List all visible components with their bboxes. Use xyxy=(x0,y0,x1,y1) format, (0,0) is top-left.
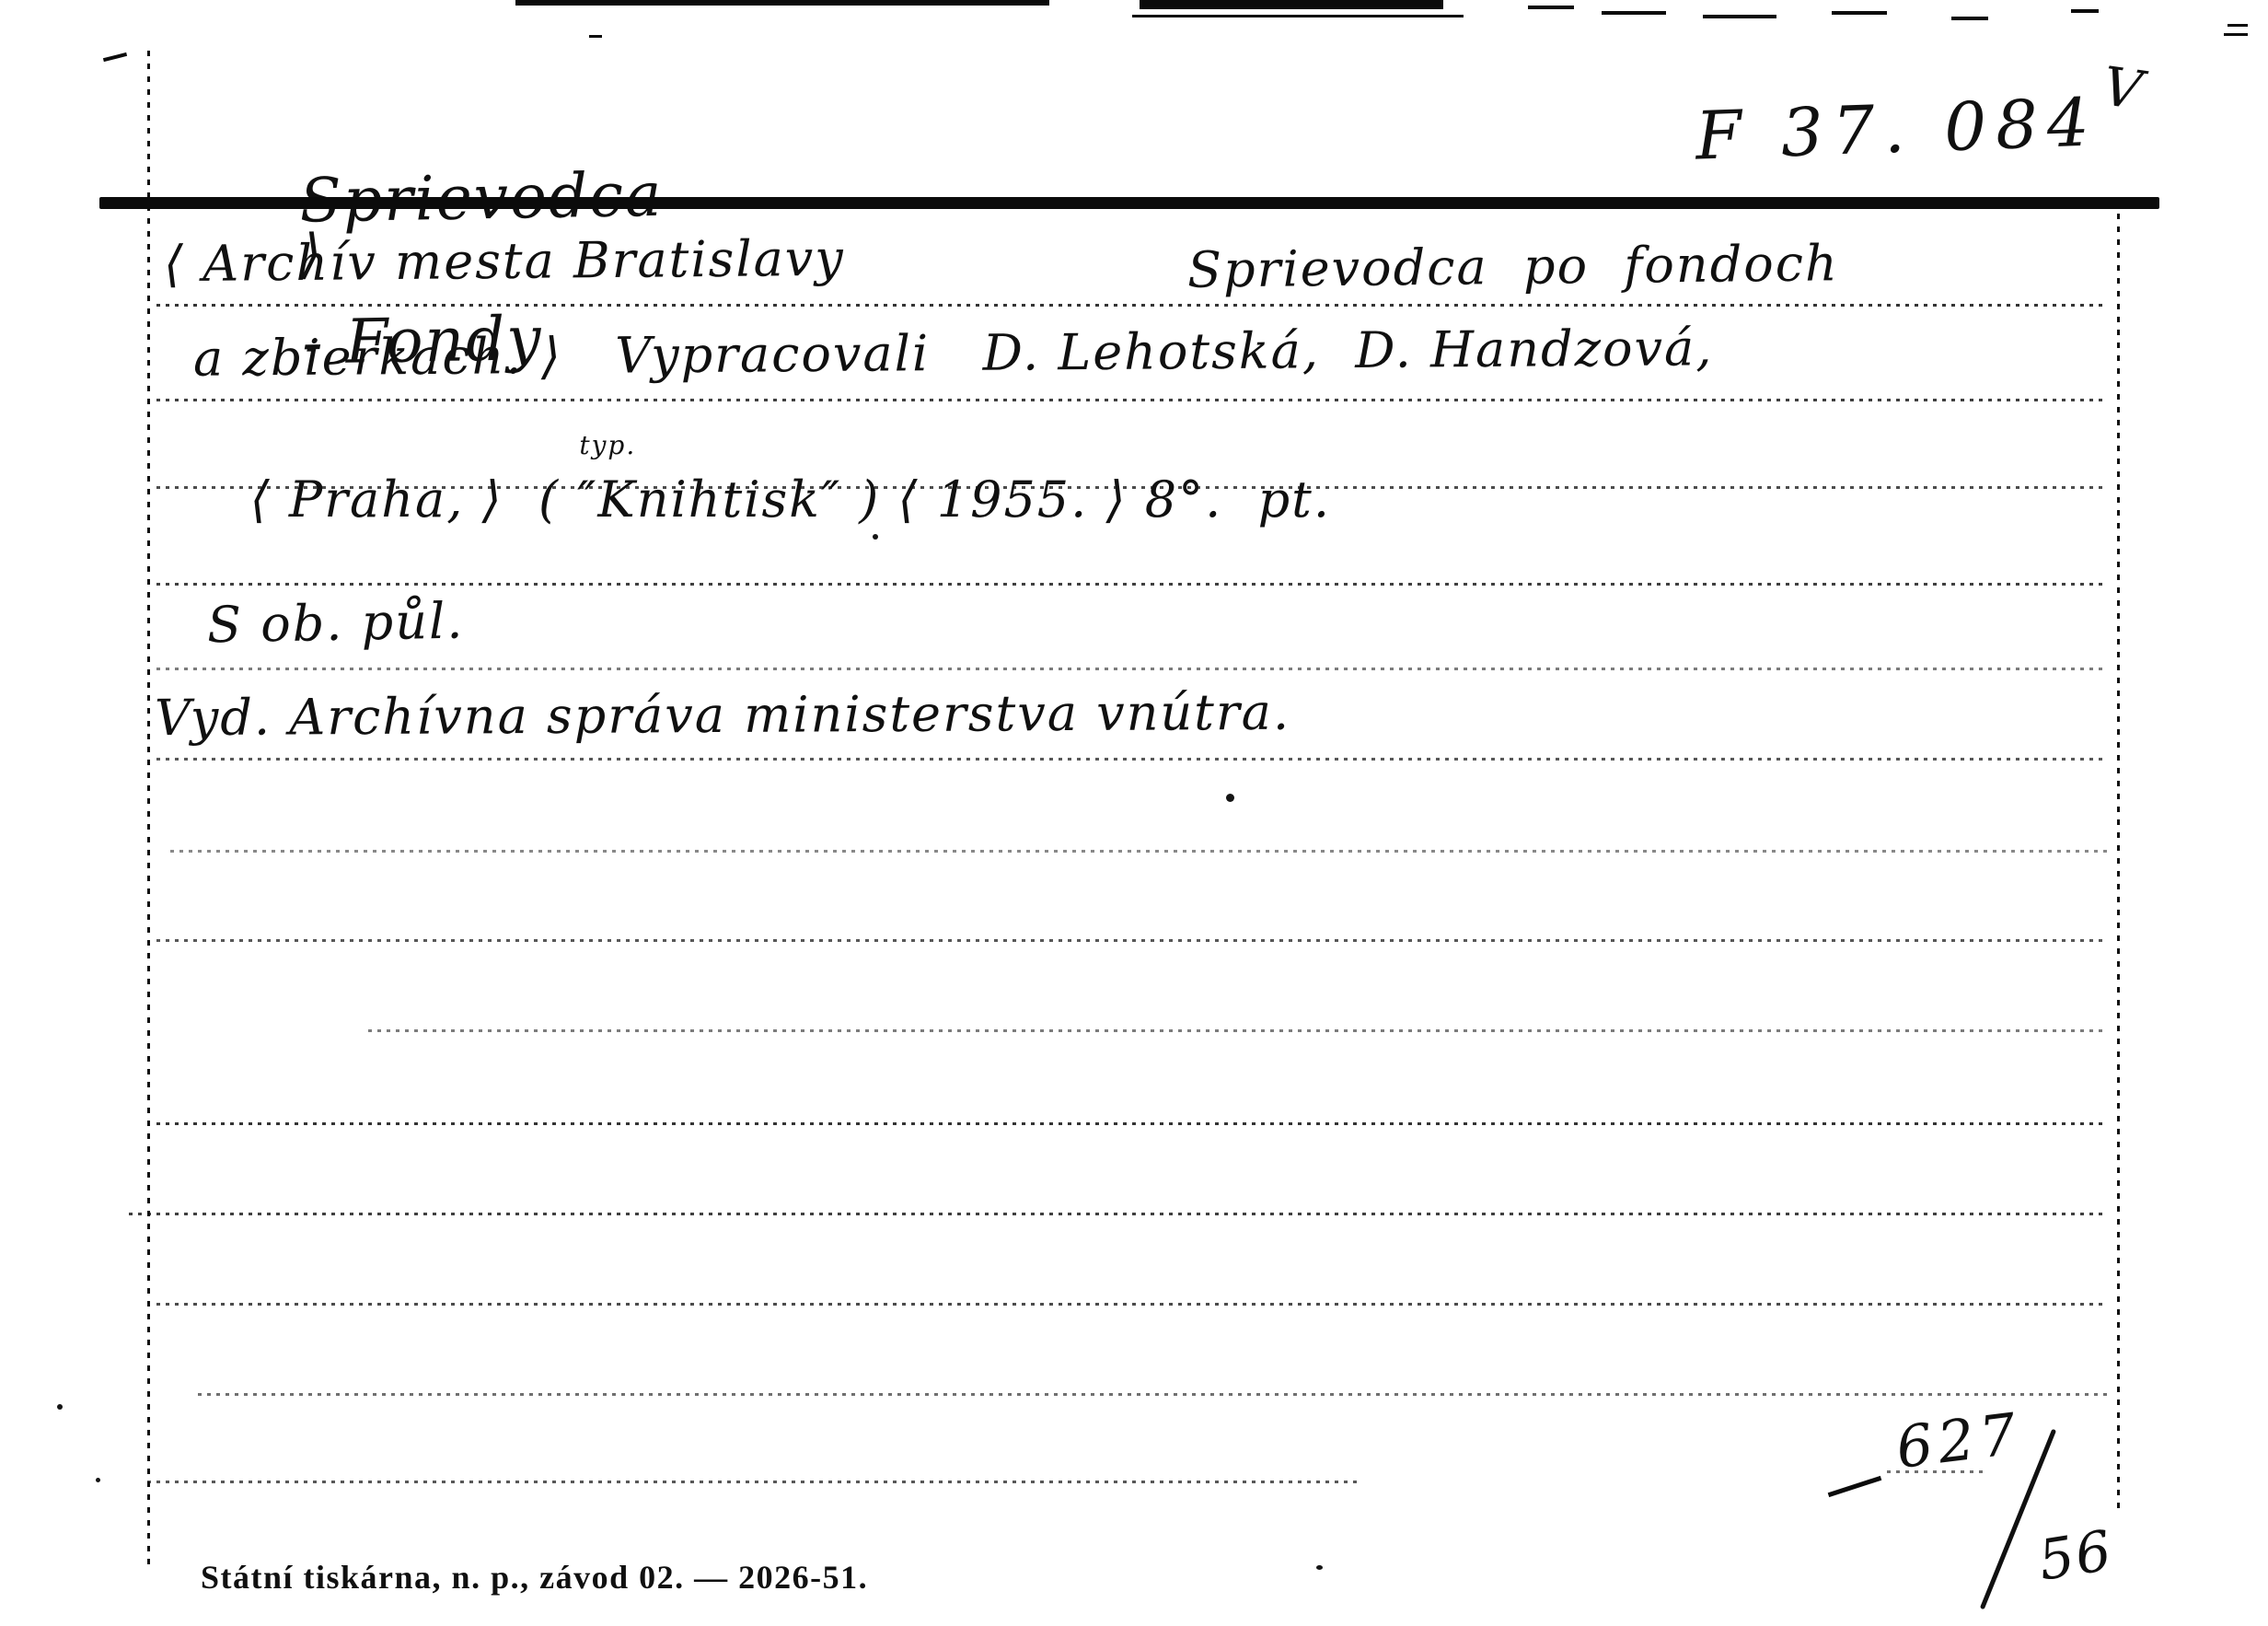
ruled-line xyxy=(198,1393,2108,1396)
ruled-line xyxy=(156,583,2108,586)
scan-artifact xyxy=(2224,33,2248,36)
ruled-line xyxy=(170,850,2108,853)
ink-speck xyxy=(1226,794,1234,802)
entry-line4: S ob. půl. xyxy=(206,592,464,655)
entry-line2: a zbierkach. ⟩ Vypracovali D. Lehotská, … xyxy=(193,319,1714,388)
scan-artifact xyxy=(1132,15,1464,17)
ruled-line xyxy=(129,1213,2108,1215)
scan-artifact xyxy=(103,52,127,62)
ruled-line xyxy=(147,1481,1362,1483)
scan-artifact xyxy=(1703,15,1776,18)
ink-speck xyxy=(873,534,878,540)
scan-artifact xyxy=(1832,11,1887,15)
ink-speck xyxy=(57,1404,63,1410)
accession-denominator: 56 xyxy=(2034,1518,2117,1594)
ruled-line xyxy=(156,1303,2108,1306)
accession-numerator: 627 xyxy=(1892,1400,2025,1481)
check-mark: V xyxy=(2099,54,2147,122)
entry-line5: Vyd. Archívna správa ministerstva vnútra… xyxy=(155,683,1290,747)
ruled-line xyxy=(156,399,2108,401)
catalog-card: Sprievodca ⟩ - Fondy F 37. 084 V ⟨ Archí… xyxy=(0,0,2268,1626)
entry-line1-right: Sprievodca po fondoch xyxy=(1187,234,1839,298)
pen-flick xyxy=(1828,1476,1882,1497)
header-rule xyxy=(99,197,2159,209)
scan-artifact xyxy=(1528,6,1574,9)
scan-artifact xyxy=(1951,17,1988,20)
scan-artifact xyxy=(2071,9,2099,13)
scan-artifact xyxy=(2227,24,2248,27)
entry-line3-post: ″ ) ⟨ 1955. ⟩ 8°. pt. xyxy=(821,470,1331,528)
left-margin-line xyxy=(147,51,150,1565)
ink-speck xyxy=(96,1478,100,1482)
typ-annotation: typ. xyxy=(579,430,636,460)
imprint-footer: Státní tiskárna, n. p., závod 02. — 2026… xyxy=(201,1558,868,1597)
scan-artifact xyxy=(1602,11,1666,15)
entry-line1-left: ⟨ Archív mesta Bratislavy xyxy=(164,229,845,293)
right-margin-line xyxy=(2117,214,2120,1512)
ruled-line xyxy=(156,668,2108,670)
scan-artifact xyxy=(515,0,1049,6)
ruled-line xyxy=(156,304,2108,307)
ruled-line xyxy=(156,486,2108,489)
ink-speck xyxy=(1316,1565,1323,1570)
call-number: F 37. 084 xyxy=(1695,83,2100,174)
scan-artifact xyxy=(589,35,602,38)
scan-artifact xyxy=(1140,0,1443,9)
ruled-line xyxy=(156,1122,2108,1125)
ruled-line xyxy=(368,1029,2108,1032)
entry-line3: ⟨ Praha, ⟩ ( ″typ.Knihtisk″ ) ⟨ 1955. ⟩ … xyxy=(179,412,1331,587)
ruled-line xyxy=(156,939,2108,942)
entry-line3-pre: ⟨ Praha, ⟩ ( ″ xyxy=(250,470,598,528)
publisher-name: Knihtisk xyxy=(597,470,821,528)
ruled-line xyxy=(156,758,2108,761)
